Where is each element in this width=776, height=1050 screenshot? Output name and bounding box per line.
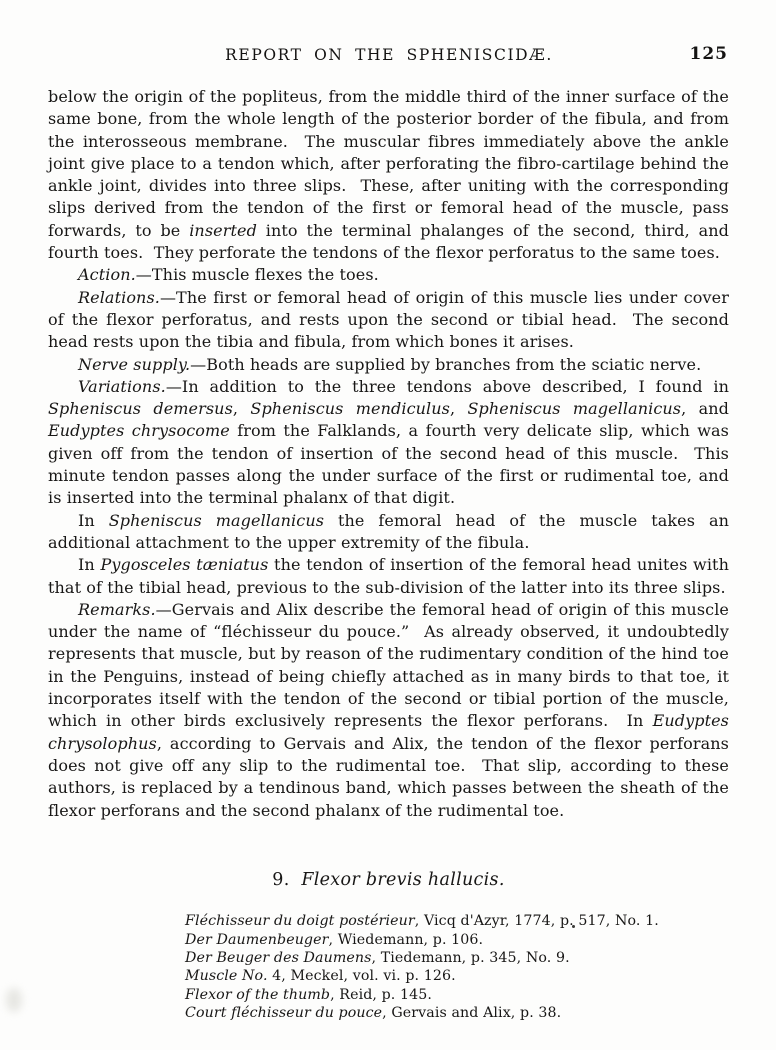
paragraph-variations: Variations.—In addition to the three ten… (48, 376, 729, 510)
paragraph-relations: Relations.—The first or femoral head of … (48, 287, 729, 354)
synonym-line: Der Beuger des Daumens, Tiedemann, p. 34… (185, 949, 729, 967)
running-title: REPORT ON THE SPHENISCIDÆ. (48, 46, 730, 64)
page-number: 125 (690, 44, 729, 64)
paragraph-pygosceles-taeniatus: In Pygosceles tæniatus the tendon of ins… (48, 554, 729, 599)
page-header: REPORT ON THE SPHENISCIDÆ. 125 (48, 46, 730, 68)
paragraph-spheniscus-magellanicus: In Spheniscus magellanicus the femoral h… (48, 510, 729, 555)
paragraph-continuation: below the origin of the popliteus, from … (48, 86, 729, 264)
synonym-line: Court fléchisseur du pouce, Gervais and … (185, 1004, 729, 1022)
paragraph-remarks: Remarks.—Gervais and Alix describe the f… (48, 599, 729, 822)
ink-speck (572, 925, 575, 928)
body-text: below the origin of the popliteus, from … (48, 86, 729, 1023)
synonym-line: Flexor of the thumb, Reid, p. 145. (185, 986, 729, 1004)
synonym-list: Fléchisseur du doigt postérieur, Vicq d'… (185, 912, 729, 1022)
paragraph-nerve-supply: Nerve supply.—Both heads are supplied by… (48, 354, 729, 376)
paragraph-action: Action.—This muscle flexes the toes. (48, 264, 729, 286)
synonym-line: Der Daumenbeuger, Wiedemann, p. 106. (185, 931, 729, 949)
scan-smudge (6, 988, 22, 1012)
section-heading: 9. Flexor brevis hallucis. (48, 869, 729, 891)
synonym-line: Muscle No. 4, Meckel, vol. vi. p. 126. (185, 967, 729, 985)
book-page-scan: REPORT ON THE SPHENISCIDÆ. 125 below the… (0, 0, 776, 1050)
synonym-line: Fléchisseur du doigt postérieur, Vicq d'… (185, 912, 729, 930)
